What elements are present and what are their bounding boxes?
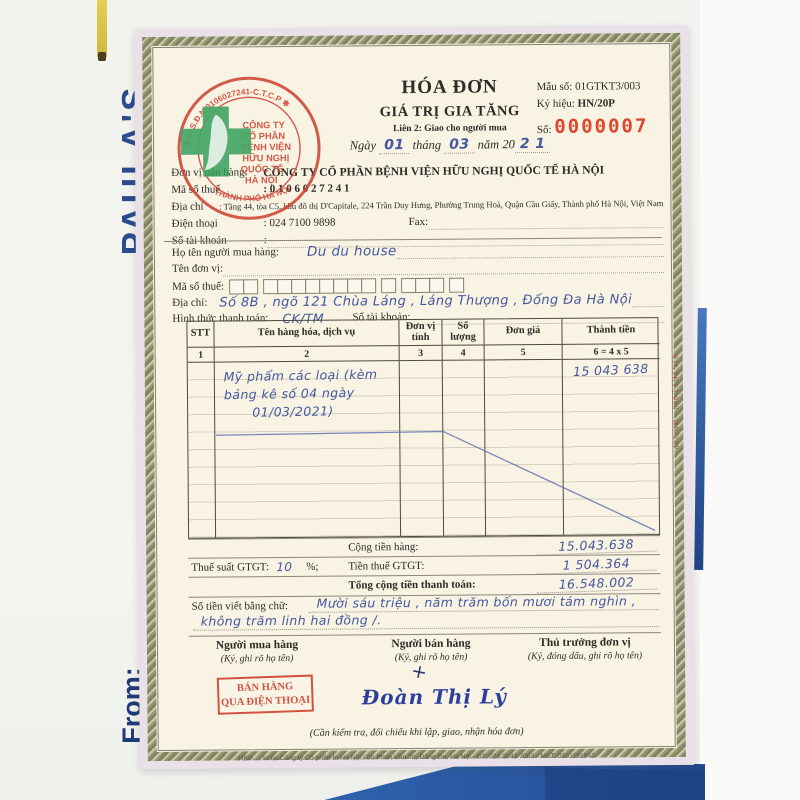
table-header-row: STT Tên hàng hóa, dịch vụ Đơn vị tính Số… [187, 318, 657, 348]
table-body: Mỹ phẩm các loại (kèm bảng kê số 04 ngày… [188, 359, 659, 538]
col-number-3: 3 [400, 346, 443, 361]
col-header-amount: Thành tiền [562, 318, 659, 345]
date-day-label: Ngày [350, 139, 376, 153]
tax-code-box-group [382, 278, 396, 293]
stamp-rim-bottom-text: THÀNH PHỐ HÀ NỘI [213, 183, 292, 204]
tax-code-box [381, 278, 396, 293]
tax-code-box-group [402, 278, 444, 293]
tax-code-box [305, 279, 320, 294]
director-signature-title: Thủ trưởng đơn vị [505, 635, 665, 651]
seller-fax-line [428, 213, 664, 230]
buyer-unit-label: Tên đơn vị: [172, 261, 223, 276]
subtotal-label: Cộng tiền hàng: [348, 541, 418, 554]
buyer-address-label: Địa chỉ: [172, 296, 207, 311]
svg-text:THÀNH PHỐ HÀ NỘI: THÀNH PHỐ HÀ NỘI [213, 183, 292, 204]
director-signature-block: Thủ trưởng đơn vị (Ký, đóng dấu, ghi rõ … [505, 635, 665, 664]
amount-in-words-label: Số tiền viết bằng chữ: [192, 600, 288, 613]
crossout-lines [188, 359, 659, 537]
tax-code-box [449, 278, 464, 293]
col-number-4: 4 [443, 345, 485, 360]
serial-label: Ký hiệu: [537, 98, 578, 110]
tax-code-box-group [450, 278, 464, 293]
buyer-tax-code-boxes [230, 278, 470, 295]
background-right [700, 0, 800, 800]
amount-in-words-line1: Mười sáu triệu , năm trăm bốn mươi tám n… [317, 593, 637, 611]
seller-signature-title: Người bán hàng [351, 636, 511, 652]
phone-sale-stamp-line2: QUA ĐIỆN THOẠI [221, 693, 310, 709]
col-header-unit-price: Đơn giá [484, 319, 562, 346]
form-number-row: Mẫu số: 01GTKT3/003 [537, 78, 672, 96]
serial-value: HN/20P [578, 97, 615, 109]
tax-code-box [347, 278, 362, 293]
tax-code-box [291, 279, 306, 294]
buyer-address-line [632, 292, 664, 307]
date-month-label: tháng [413, 138, 442, 152]
vat-rate-percent: %; [306, 561, 318, 573]
col-header-description: Tên hàng hóa, dịch vụ [214, 320, 399, 347]
buyer-signature-title: Người mua hàng [177, 638, 337, 654]
buyer-tax-label: Mã số thuế: [172, 279, 224, 294]
invoice-number-row: Số: 0000007 [537, 112, 672, 142]
tax-code-box-group [230, 279, 258, 294]
serial-row: Ký hiệu: HN/20P [537, 95, 672, 113]
tax-code-box [361, 278, 376, 293]
col-number-1: 1 [188, 348, 215, 363]
col-header-stt: STT [187, 322, 214, 348]
tax-code-box [229, 279, 244, 294]
col-header-quantity: Số lượng [442, 319, 484, 345]
vat-rate-label: Thuế suất GTGT: [191, 561, 269, 574]
date-day-value: 01 [379, 137, 409, 154]
form-number-label: Mẫu số: [537, 81, 576, 93]
seller-signature-name: Đoàn Thị Lý [344, 684, 524, 709]
tax-code-box-group [264, 278, 376, 294]
grand-total-value: 16.548.002 [536, 574, 656, 594]
col-number-6: 6 = 4 x 5 [563, 344, 660, 360]
date-year-label: năm 20 [478, 138, 515, 152]
vat-label: Tiền thuế GTGT: [348, 560, 424, 573]
col-number-5: 5 [485, 345, 563, 361]
buyer-section: Họ tên người mua hàng: Du du house Tên đ… [172, 241, 665, 327]
buyer-name-line [397, 242, 664, 259]
phone-sale-stamp: BÁN HÀNG QUA ĐIỆN THOẠI [217, 675, 314, 715]
seller-signature-block: Người bán hàng (Ký, ghi rõ họ tên) [351, 636, 511, 665]
director-signature-subtitle: (Ký, đóng dấu, ghi rõ họ tên) [505, 650, 665, 664]
amount-in-words-line2: không trăm linh hai đồng /. [201, 612, 382, 628]
invoice-number-value: 0000007 [554, 115, 648, 138]
tax-code-box [333, 279, 348, 294]
company-round-stamp: ✱ M.S.Đ.N 0106027241-C.T.C.P ✱ THÀNH PHỐ… [172, 72, 325, 225]
form-number-value: 01GTKT3/003 [575, 80, 640, 93]
subtotal-value: 15.043.638 [536, 535, 656, 555]
buyer-signature-block: Người mua hàng (Ký, ghi rõ họ tên) [177, 638, 337, 667]
invoice-meta: Mẫu số: 01GTKT3/003 Ký hiệu: HN/20P Số: … [537, 78, 672, 143]
tax-code-box [415, 278, 430, 293]
stamp-center-line5: QUỐC TẾ [241, 163, 283, 174]
grand-total-label: Tổng cộng tiền thanh toán: [348, 579, 475, 592]
seller-signature-subtitle: (Ký, ghi rõ họ tên) [351, 651, 511, 665]
col-number-2: 2 [215, 346, 400, 362]
items-table: STT Tên hàng hóa, dịch vụ Đơn vị tính Số… [186, 317, 660, 539]
amount-in-words-section: Số tiền viết bằng chữ: Mười sáu triệu , … [189, 594, 661, 637]
edge-vertical-text: 01GTKT3/003 · HN/20P [671, 355, 681, 450]
stamp-center-line6: HÀ NỘI [245, 174, 278, 185]
vat-rate-value: 10 [276, 560, 292, 574]
vat-value: 1 504.364 [536, 554, 656, 574]
buyer-name-label: Họ tên người mua hàng: [172, 245, 279, 261]
buyer-signature-subtitle: (Ký, ghi rõ họ tên) [177, 653, 337, 667]
tax-code-box [429, 278, 444, 293]
buyer-name-value: Du du house [307, 244, 397, 260]
photo-scene: PAULA'S From: ✱ M.S.Đ.N 0106027241-C.T.C… [0, 0, 800, 800]
tax-code-box [263, 279, 278, 294]
stamp-center-line4: HỮU NGHỊ [242, 153, 289, 163]
invoice-number-label: Số: [537, 124, 555, 136]
totals-section: Cộng tiền hàng: 15.043.638 Thuế suất GTG… [188, 535, 660, 597]
seller-fax-label: Fax: [409, 215, 429, 230]
tax-code-box [277, 279, 292, 294]
invoice-paper: ✱ M.S.Đ.N 0106027241-C.T.C.P ✱ THÀNH PHỐ… [134, 25, 694, 769]
col-header-unit: Đơn vị tính [399, 320, 442, 346]
date-month-value: 03 [444, 137, 474, 154]
tax-code-box [243, 279, 258, 294]
tax-code-box [319, 279, 334, 294]
tax-code-box [401, 278, 416, 293]
